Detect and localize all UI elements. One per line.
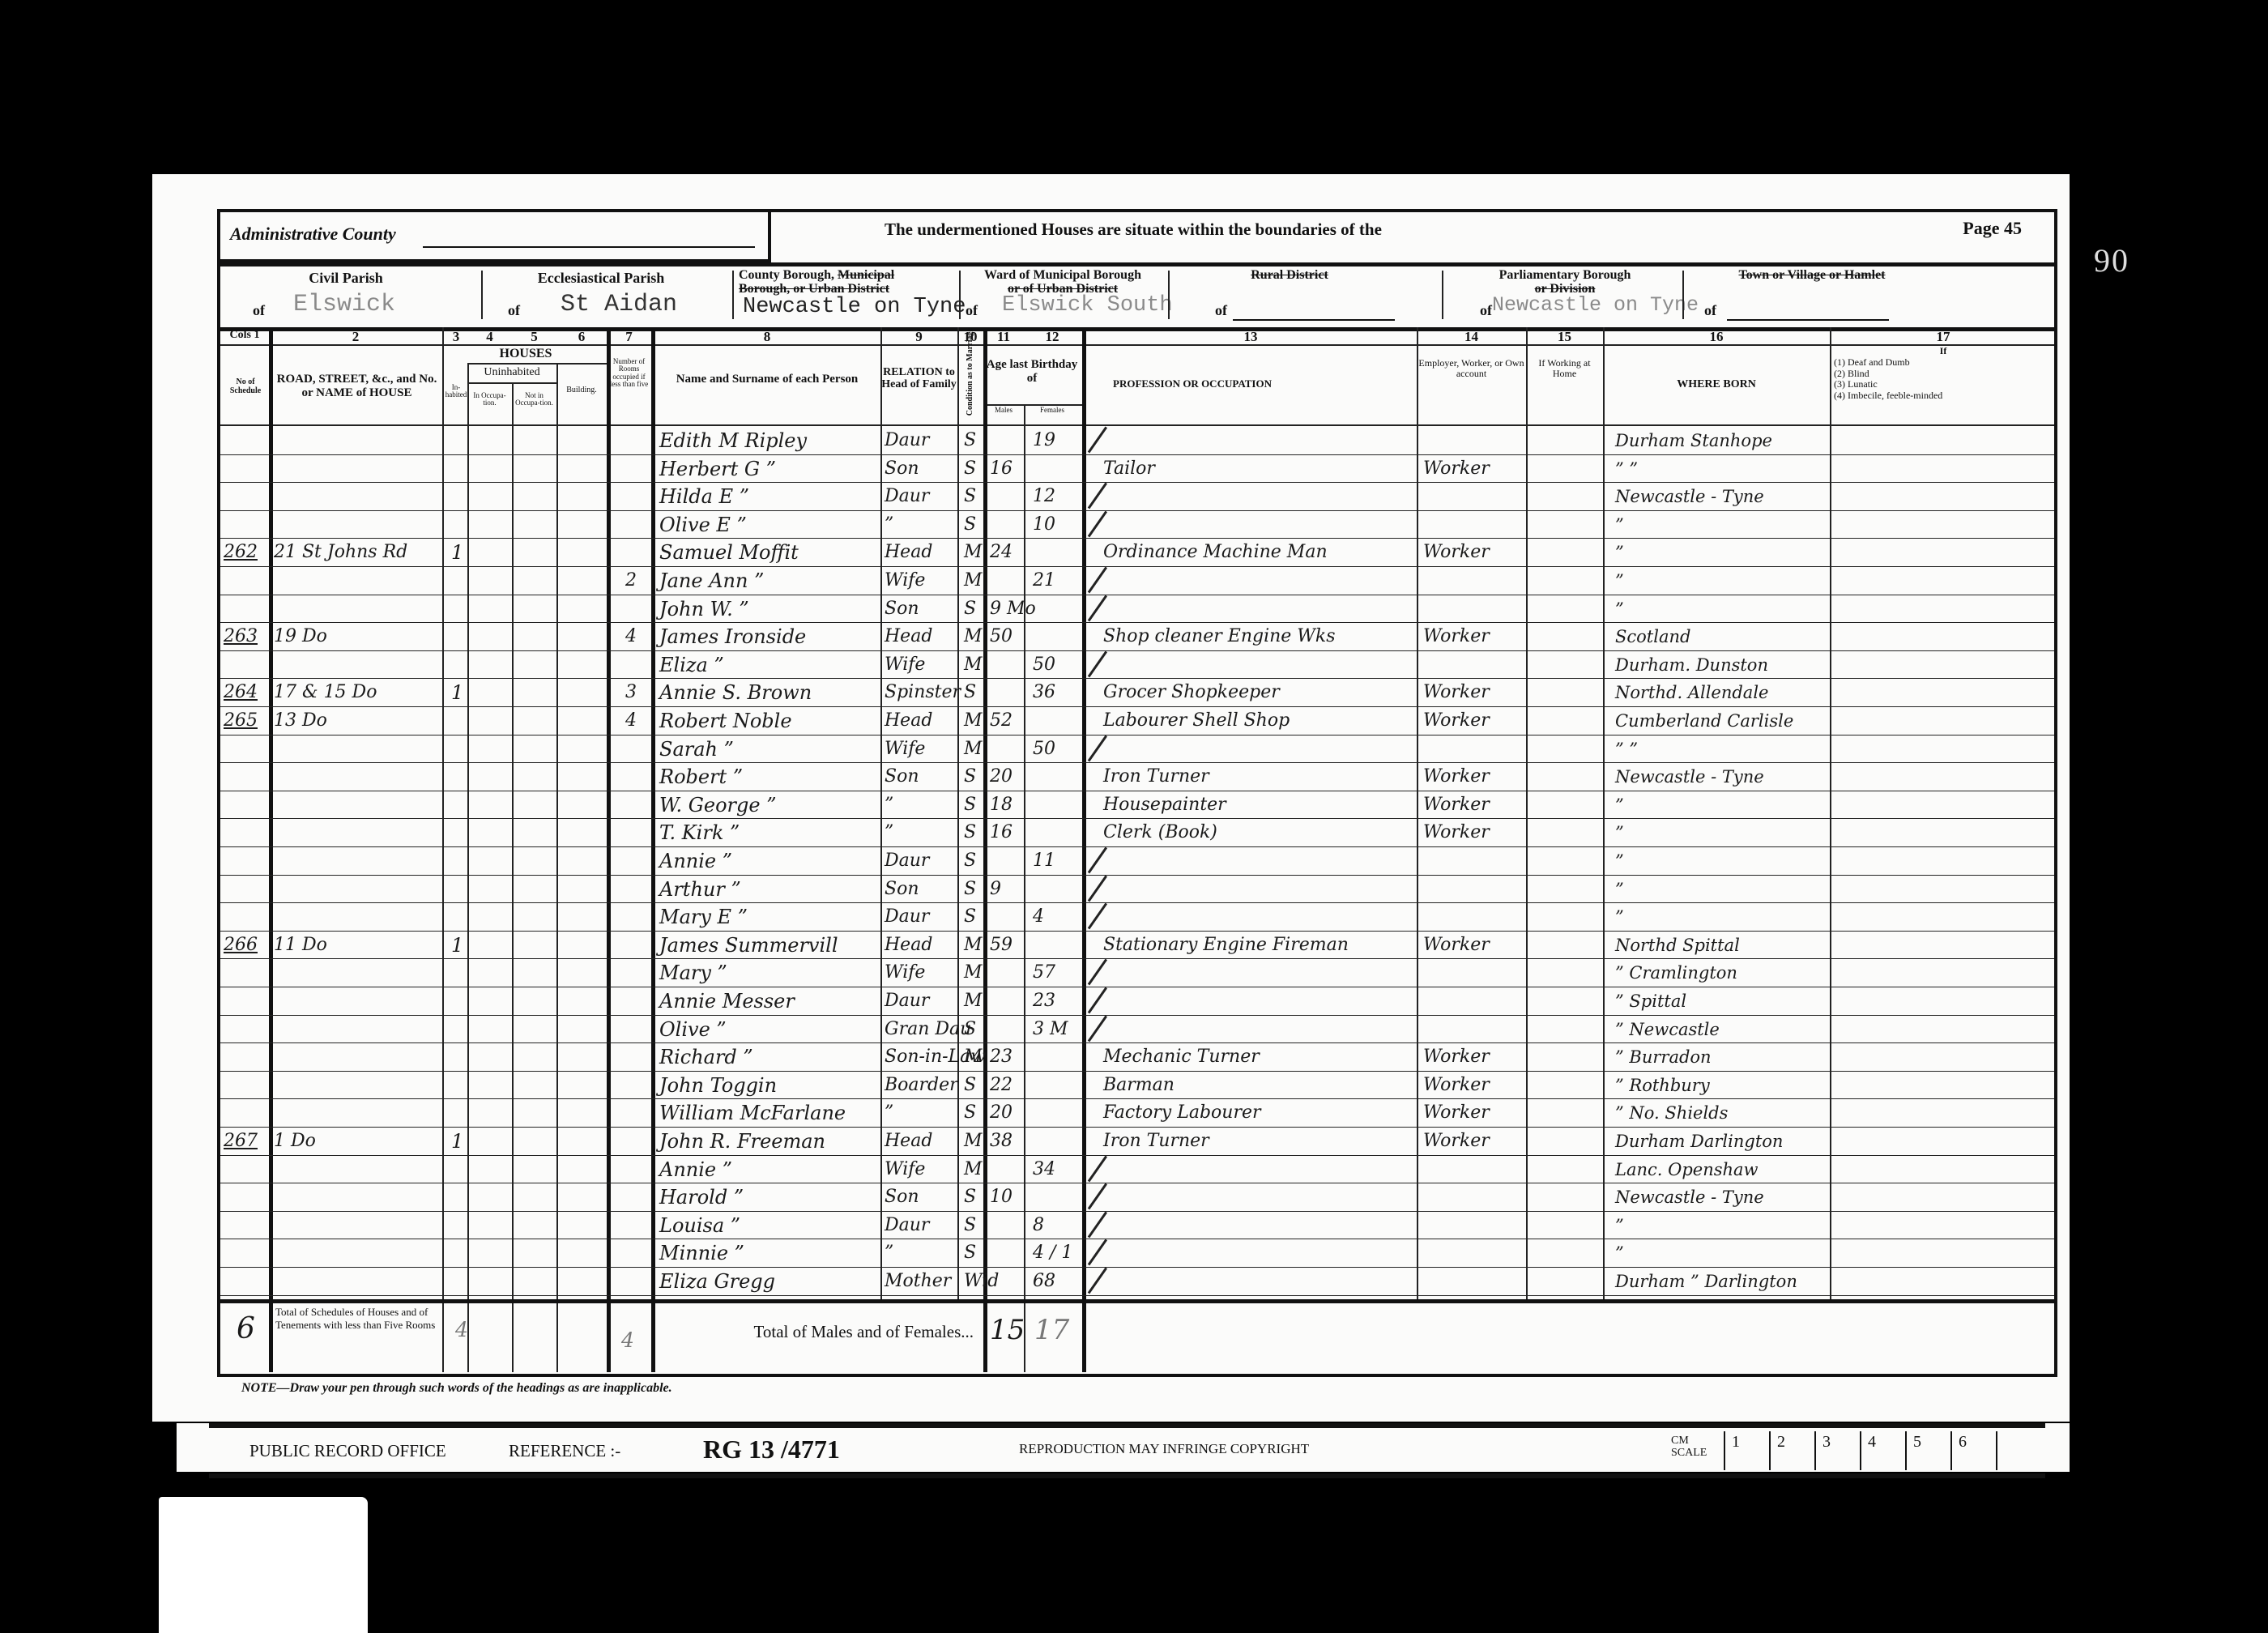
rooms-count: 4: [625, 623, 637, 653]
relation: Daur: [885, 847, 929, 877]
relation: Spinster: [885, 679, 961, 709]
employment-status: Worker: [1423, 539, 1490, 569]
colnum-11: 11: [983, 329, 1024, 345]
relation: Mother: [885, 1268, 951, 1298]
town-village-prefix: of: [1704, 303, 1716, 319]
census-row: Mary ”WifeM57” Cramlington: [220, 959, 2054, 987]
employment-status: Worker: [1423, 623, 1490, 653]
person-name: Mary E ”: [659, 903, 748, 933]
age-male: 24: [990, 539, 1013, 569]
ecclesiastical-parish-prefix: of: [508, 303, 520, 319]
colnum-8: 8: [654, 329, 880, 345]
address: 21 St Johns Rd: [274, 539, 407, 569]
town-village-underline: [1727, 319, 1889, 321]
relation: ”: [885, 1239, 893, 1269]
marital-condition: S: [964, 455, 976, 485]
colnum-15: 15: [1526, 329, 1603, 345]
marital-condition: S: [964, 679, 976, 709]
employment-status: Worker: [1423, 455, 1490, 485]
occupation: Shop cleaner Engine Wks: [1103, 623, 1336, 653]
colnum-5: 5: [512, 329, 556, 345]
colnum-16: 16: [1603, 329, 1830, 345]
col15-heading: If Working at Home: [1526, 358, 1603, 378]
footer-copyright: REPRODUCTION MAY INFRINGE COPYRIGHT: [1019, 1441, 1309, 1457]
age-female: 4 / 1: [1033, 1239, 1072, 1269]
occupation: Iron Turner: [1103, 1128, 1209, 1158]
marital-condition: M: [964, 1043, 983, 1073]
relation: Son: [885, 595, 919, 625]
address: 1 Do: [274, 1128, 316, 1158]
col1-heading: No of Schedule: [222, 378, 269, 395]
marital-condition: M: [964, 539, 983, 569]
relation: Daur: [885, 903, 929, 933]
marital-condition: M: [964, 651, 983, 681]
person-name: William McFarlane: [659, 1099, 846, 1129]
employment-status: Worker: [1423, 1072, 1490, 1102]
birthplace: Newcastle - Tyne: [1615, 1183, 1764, 1213]
age-female: 68: [1033, 1268, 1055, 1298]
birthplace: ”: [1615, 819, 1624, 849]
divider: [1442, 271, 1443, 319]
occupation: Barman: [1103, 1072, 1174, 1102]
occupation: Factory Labourer: [1103, 1099, 1261, 1129]
person-name: James Ironside: [659, 623, 806, 653]
totals-label: Total of Males and of Females...: [706, 1322, 974, 1342]
person-name: John Toggin: [659, 1072, 777, 1102]
relation: Daur: [885, 427, 929, 457]
footer-reference-label: REFERENCE :-: [509, 1441, 620, 1461]
marital-condition: M: [964, 959, 983, 989]
col17-item: (4) Imbecile, feeble-minded: [1834, 390, 2053, 402]
relation: Wife: [885, 651, 925, 681]
age-female: 50: [1033, 735, 1055, 765]
schedule-number: 266: [224, 932, 258, 961]
person-name: Olive ”: [659, 1016, 727, 1046]
slash-mark: [1088, 1183, 1107, 1210]
slash-mark: [1088, 875, 1107, 902]
col10-heading: Condition as to Marriage: [966, 390, 975, 416]
marital-condition: M: [964, 987, 983, 1017]
total-rooms: 4: [621, 1328, 634, 1352]
person-name: Eliza ”: [659, 651, 724, 681]
relation: Wife: [885, 959, 925, 989]
relation: ”: [885, 511, 893, 541]
birthplace: ”: [1615, 791, 1624, 821]
total-males: 15: [990, 1314, 1025, 1346]
relation: Wife: [885, 567, 925, 597]
birthplace: ”: [1615, 1239, 1624, 1269]
divider: [1168, 271, 1170, 319]
age-male: 59: [990, 932, 1013, 961]
marital-condition: M: [964, 707, 983, 737]
occupation: Mechanic Turner: [1103, 1043, 1260, 1073]
slash-mark: [1088, 427, 1107, 454]
employment-status: Worker: [1423, 1043, 1490, 1073]
total-inhabited: 4: [455, 1318, 468, 1341]
birthplace: Lanc. Openshaw: [1615, 1156, 1759, 1186]
age-female: 12: [1033, 483, 1055, 513]
town-village-label: Town or Village or Hamlet: [1695, 269, 1929, 283]
col7-heading: Number of Rooms occupied if less than fi…: [607, 358, 651, 389]
birthplace: Durham Darlington: [1615, 1128, 1783, 1158]
birthplace: Northd Spittal: [1615, 932, 1740, 961]
person-name: Louisa ”: [659, 1212, 740, 1242]
marital-condition: M: [964, 932, 983, 961]
marital-condition: S: [964, 1239, 976, 1269]
col3-heading: In-habited: [445, 384, 467, 399]
census-row: 26417 & 15 Do13Annie S. BrownSpinsterS36…: [220, 679, 2054, 707]
ecclesiastical-parish-value: St Aidan: [561, 291, 677, 318]
relation: Son: [885, 763, 919, 793]
relation: Head: [885, 932, 932, 961]
colnum-6: 6: [556, 329, 607, 345]
administrative-county-underline: [423, 246, 755, 248]
census-row: Sarah ”WifeM50” ”: [220, 735, 2054, 764]
divider: [959, 271, 961, 319]
age-male: 23: [990, 1043, 1013, 1073]
col5-heading: Not in Occupa-tion.: [512, 392, 556, 407]
inhabited-mark: 1: [451, 1128, 463, 1158]
age-female: 50: [1033, 651, 1055, 681]
person-name: Mary ”: [659, 959, 727, 989]
birthplace: ”: [1615, 847, 1624, 877]
person-name: James Summervill: [659, 932, 838, 961]
birthplace: ” Rothbury: [1615, 1072, 1710, 1102]
address: 11 Do: [274, 932, 327, 961]
slash-mark: [1088, 483, 1107, 510]
relation: Head: [885, 623, 932, 653]
scale-end: [1996, 1431, 2046, 1470]
birthplace: ”: [1615, 903, 1624, 933]
parliamentary-borough-label-text: Parliamentary Borough: [1499, 268, 1631, 282]
slash-mark: [1088, 959, 1107, 986]
occupation: Labourer Shell Shop: [1103, 707, 1290, 737]
administrative-county-box: Administrative County: [220, 212, 771, 262]
slash-mark: [1088, 847, 1107, 874]
birthplace: ”: [1615, 595, 1624, 625]
marital-condition: S: [964, 819, 976, 849]
col14-heading: Employer, Worker, or Own account: [1417, 358, 1526, 378]
census-row: Robert ”SonS20Iron TurnerWorkerNewcastle…: [220, 763, 2054, 791]
marital-condition: M: [964, 1156, 983, 1186]
employment-status: Worker: [1423, 791, 1490, 821]
col13-heading: PROFESSION OR OCCUPATION: [1085, 378, 1437, 390]
marital-condition: S: [964, 1072, 976, 1102]
parish-row: Civil Parish of Elswick Ecclesiastical P…: [220, 262, 2054, 327]
age-male: 9: [990, 876, 1001, 906]
col11-heading: Males: [983, 407, 1024, 414]
col16-heading: WHERE BORN: [1603, 378, 1830, 390]
footer-scale-label: CMSCALE: [1671, 1435, 1707, 1460]
marital-condition: S: [964, 511, 976, 541]
person-name: Samuel Moffit: [659, 539, 799, 569]
birthplace: ”: [1615, 567, 1624, 597]
divider: [1682, 271, 1684, 319]
person-name: Robert ”: [659, 763, 743, 793]
rural-district-underline: [1233, 319, 1395, 321]
scale-mark: 5: [1905, 1431, 1947, 1470]
slash-mark: [1088, 567, 1107, 594]
age-female: 8: [1033, 1212, 1044, 1242]
census-row: T. Kirk ””S16Clerk (Book)Worker”: [220, 819, 2054, 847]
occupation: Iron Turner: [1103, 763, 1209, 793]
marital-condition: S: [964, 903, 976, 933]
slash-mark: [1088, 595, 1107, 621]
person-name: Eliza Gregg: [659, 1268, 775, 1298]
inhabited-mark: 1: [451, 932, 463, 961]
age-male: 20: [990, 763, 1013, 793]
parliamentary-borough-value: Newcastle on Tyne: [1492, 293, 1699, 317]
col6-heading: Building.: [556, 386, 607, 395]
person-name: Annie Messer: [659, 987, 795, 1017]
rooms-count: 4: [625, 707, 637, 737]
person-name: Arthur ”: [659, 876, 741, 906]
slash-mark: [1088, 1155, 1107, 1182]
marital-condition: M: [964, 1128, 983, 1158]
census-row: 26611 Do1James SummervillHeadM59Stationa…: [220, 932, 2054, 960]
age-male: 18: [990, 791, 1013, 821]
marital-condition: S: [964, 595, 976, 625]
pro-footer: PUBLIC RECORD OFFICE REFERENCE :- RG 13 …: [177, 1423, 2070, 1472]
relation: Daur: [885, 1212, 929, 1242]
scale-mark: 4: [1860, 1431, 1902, 1470]
occupation: Grocer Shopkeeper: [1103, 679, 1280, 709]
scale-label-line: SCALE: [1671, 1447, 1707, 1459]
age-male: 50: [990, 623, 1013, 653]
birthplace: Scotland: [1615, 623, 1690, 653]
person-name: W. George ”: [659, 791, 777, 821]
uninhabited-heading: Uninhabited: [467, 366, 556, 379]
census-row: Hilda E ”DaurS12Newcastle - Tyne: [220, 483, 2054, 511]
birthplace: ” ”: [1615, 735, 1638, 765]
age-female: 57: [1033, 959, 1055, 989]
county-borough-label-text: County Borough,: [739, 268, 834, 282]
census-row: Richard ”Son-in-LawM23Mechanic TurnerWor…: [220, 1043, 2054, 1072]
relation: Gran Dau: [885, 1016, 971, 1046]
census-rows: Edith M RipleyDaurS19Durham StanhopeHerb…: [220, 427, 2054, 1298]
census-row: Annie MesserDaurM23” Spittal: [220, 987, 2054, 1016]
marital-condition: S: [964, 483, 976, 513]
census-row: Harold ”SonS10Newcastle - Tyne: [220, 1183, 2054, 1212]
slash-mark: [1088, 735, 1107, 761]
relation: Head: [885, 539, 932, 569]
col9-heading: RELATION to Head of Family: [880, 366, 957, 391]
census-row: W. George ””S18HousepainterWorker”: [220, 791, 2054, 820]
census-row: 2671 Do1John R. FreemanHeadM38Iron Turne…: [220, 1128, 2054, 1156]
rural-district-label: Rural District: [1192, 269, 1387, 283]
marital-condition: S: [964, 791, 976, 821]
birthplace: ” ”: [1615, 455, 1638, 485]
age-female: 11: [1033, 847, 1055, 877]
marital-condition: M: [964, 735, 983, 765]
slash-mark: [1088, 903, 1107, 930]
margin-folio-number: 90: [2094, 241, 2129, 279]
census-row: Olive ”Gran DauS3 M” Newcastle: [220, 1016, 2054, 1044]
birthplace: ”: [1615, 539, 1624, 569]
relation: ”: [885, 1099, 893, 1129]
col4-heading: In Occupa-tion.: [467, 392, 512, 407]
relation: ”: [885, 791, 893, 821]
birthplace: Northd. Allendale: [1615, 679, 1768, 709]
birthplace: ” Cramlington: [1615, 959, 1737, 989]
slash-mark: [1088, 1015, 1107, 1042]
civil-parish-value: Elswick: [293, 291, 395, 318]
marital-condition: S: [964, 1016, 976, 1046]
occupation: Stationary Engine Fireman: [1103, 932, 1349, 961]
birthplace: ”: [1615, 511, 1624, 541]
colnum-4: 4: [467, 329, 512, 345]
col8-heading: Name and Surname of each Person: [674, 373, 860, 386]
scale-mark: 3: [1814, 1431, 1857, 1470]
relation: Son: [885, 455, 919, 485]
total-schedules-label: Total of Schedules of Houses and of Tene…: [275, 1306, 437, 1331]
occupation: Tailor: [1103, 455, 1155, 485]
person-name: John R. Freeman: [659, 1128, 825, 1158]
relation: Head: [885, 1128, 932, 1158]
slash-mark: [1088, 510, 1107, 537]
census-row: John W. ”SonS9 Mo”: [220, 595, 2054, 624]
civil-parish-prefix: of: [253, 303, 265, 319]
person-name: Herbert G ”: [659, 455, 776, 485]
employment-status: Worker: [1423, 932, 1490, 961]
relation: Boarder: [885, 1072, 958, 1102]
col2-heading: ROAD, STREET, &c., and No. or NAME of HO…: [274, 373, 440, 399]
rooms-count: 3: [625, 679, 637, 709]
col12-heading: Females: [1024, 407, 1081, 414]
page-number: Page 45: [1963, 219, 2022, 238]
scale-mark: 2: [1769, 1431, 1811, 1470]
age-male: 22: [990, 1072, 1013, 1102]
footer-rule: [209, 1473, 2045, 1478]
birthplace: Cumberland Carlisle: [1615, 707, 1793, 737]
person-name: Annie ”: [659, 847, 732, 877]
marital-condition: S: [964, 427, 976, 457]
person-name: John W. ”: [659, 595, 749, 625]
colnum-9: 9: [880, 329, 957, 345]
census-row: Annie ”WifeM34Lanc. Openshaw: [220, 1156, 2054, 1184]
census-row: Herbert G ”SonS16TailorWorker” ”: [220, 455, 2054, 484]
col17-item: (2) Blind: [1834, 369, 2053, 380]
colnum-7: 7: [607, 329, 651, 345]
relation: Daur: [885, 987, 929, 1017]
slash-mark: [1088, 1239, 1107, 1266]
marital-condition: S: [964, 1099, 976, 1129]
relation: Son: [885, 1183, 919, 1213]
marital-condition: M: [964, 623, 983, 653]
age-male: 20: [990, 1099, 1013, 1129]
colnum-12: 12: [1024, 329, 1081, 345]
census-row: 26319 Do4James IronsideHeadM50Shop clean…: [220, 623, 2054, 651]
age-male: 9 Mo: [990, 595, 1036, 625]
footer-rule: [209, 1423, 2045, 1428]
person-name: Edith M Ripley: [659, 427, 807, 457]
scale-label-line: CM: [1671, 1435, 1689, 1447]
age-male: 16: [990, 819, 1013, 849]
ward-label-text: Ward of Municipal Borough: [984, 268, 1141, 282]
age-female: 34: [1033, 1156, 1055, 1186]
person-name: Annie ”: [659, 1156, 732, 1186]
relation: Head: [885, 707, 932, 737]
birthplace: Durham. Dunston: [1615, 651, 1768, 681]
col17-item: (3) Lunatic: [1834, 379, 2053, 390]
person-name: Robert Noble: [659, 707, 792, 737]
age-male: 10: [990, 1183, 1013, 1213]
form-note: NOTE—Draw your pen through such words of…: [241, 1381, 672, 1396]
birthplace: ”: [1615, 876, 1624, 906]
birthplace: Durham ” Darlington: [1615, 1268, 1797, 1298]
person-name: Annie S. Brown: [659, 679, 812, 709]
census-row: William McFarlane”S20Factory LabourerWor…: [220, 1099, 2054, 1128]
age-female: 4: [1033, 903, 1044, 933]
ecclesiastical-parish-label: Ecclesiastical Parish: [496, 271, 706, 287]
col11-12-heading: Age last Birthday of: [983, 358, 1081, 385]
marital-condition: S: [964, 1212, 976, 1242]
employment-status: Worker: [1423, 763, 1490, 793]
colnum-2: 2: [271, 329, 441, 345]
census-row: John TogginBoarderS22BarmanWorker” Rothb…: [220, 1072, 2054, 1100]
address: 13 Do: [274, 707, 327, 737]
col17-heading: If (1) Deaf and Dumb (2) Blind (3) Lunat…: [1834, 346, 2053, 402]
census-row: 26221 St Johns Rd1Samuel MoffitHeadM24Or…: [220, 539, 2054, 567]
marital-condition: M: [964, 567, 983, 597]
census-row: Eliza GreggMotherWid68Durham ” Darlingto…: [220, 1268, 2054, 1296]
footer-reference: RG 13 /4771: [703, 1435, 840, 1465]
person-name: Richard ”: [659, 1043, 753, 1073]
person-name: Jane Ann ”: [659, 567, 764, 597]
census-row: Arthur ”SonS9”: [220, 876, 2054, 904]
slash-mark: [1088, 987, 1107, 1014]
census-row: Edith M RipleyDaurS19Durham Stanhope: [220, 427, 2054, 455]
occupation: Ordinance Machine Man: [1103, 539, 1328, 569]
age-female: 3 M: [1033, 1016, 1068, 1046]
struck-label: Municipal: [838, 268, 894, 282]
employment-status: Worker: [1423, 707, 1490, 737]
scale-mark: 6: [1950, 1431, 1993, 1470]
col17-title: If: [1834, 346, 2053, 357]
occupation: Clerk (Book): [1103, 819, 1217, 849]
birthplace: Newcastle - Tyne: [1615, 483, 1764, 513]
rural-district-prefix: of: [1215, 303, 1227, 319]
civil-parish-label: Civil Parish: [269, 271, 423, 287]
employment-status: Worker: [1423, 1128, 1490, 1158]
ward-value: Elswick South: [1002, 293, 1173, 318]
employment-status: Worker: [1423, 679, 1490, 709]
divider: [220, 424, 2054, 426]
marital-condition: S: [964, 1183, 976, 1213]
ward-prefix: of: [966, 303, 978, 319]
divider: [732, 271, 734, 319]
marital-condition: Wid: [964, 1268, 999, 1298]
census-page: Administrative County The undermentioned…: [152, 174, 2070, 1422]
slash-mark: [1088, 650, 1107, 677]
relation: ”: [885, 819, 893, 849]
administrative-county-label: Administrative County: [230, 224, 396, 245]
county-borough-label: County Borough, Municipal Borough, or Ur…: [739, 269, 953, 296]
ward-label: Ward of Municipal Borough or of Urban Di…: [966, 269, 1160, 296]
relation: Son: [885, 876, 919, 906]
parliamentary-borough-prefix: of: [1480, 303, 1492, 319]
scale-mark: 1: [1724, 1431, 1766, 1470]
person-name: T. Kirk ”: [659, 819, 740, 849]
schedule-number: 263: [224, 623, 258, 653]
parliamentary-borough-label: Parliamentary Borough or Division: [1456, 269, 1674, 296]
colnum-1: Cols 1: [220, 329, 269, 342]
schedule-number: 264: [224, 679, 258, 709]
footer-office: PUBLIC RECORD OFFICE: [249, 1441, 446, 1461]
birthplace: ”: [1615, 1212, 1624, 1242]
schedule-number: 267: [224, 1128, 258, 1158]
birthplace: ” Spittal: [1615, 987, 1686, 1017]
